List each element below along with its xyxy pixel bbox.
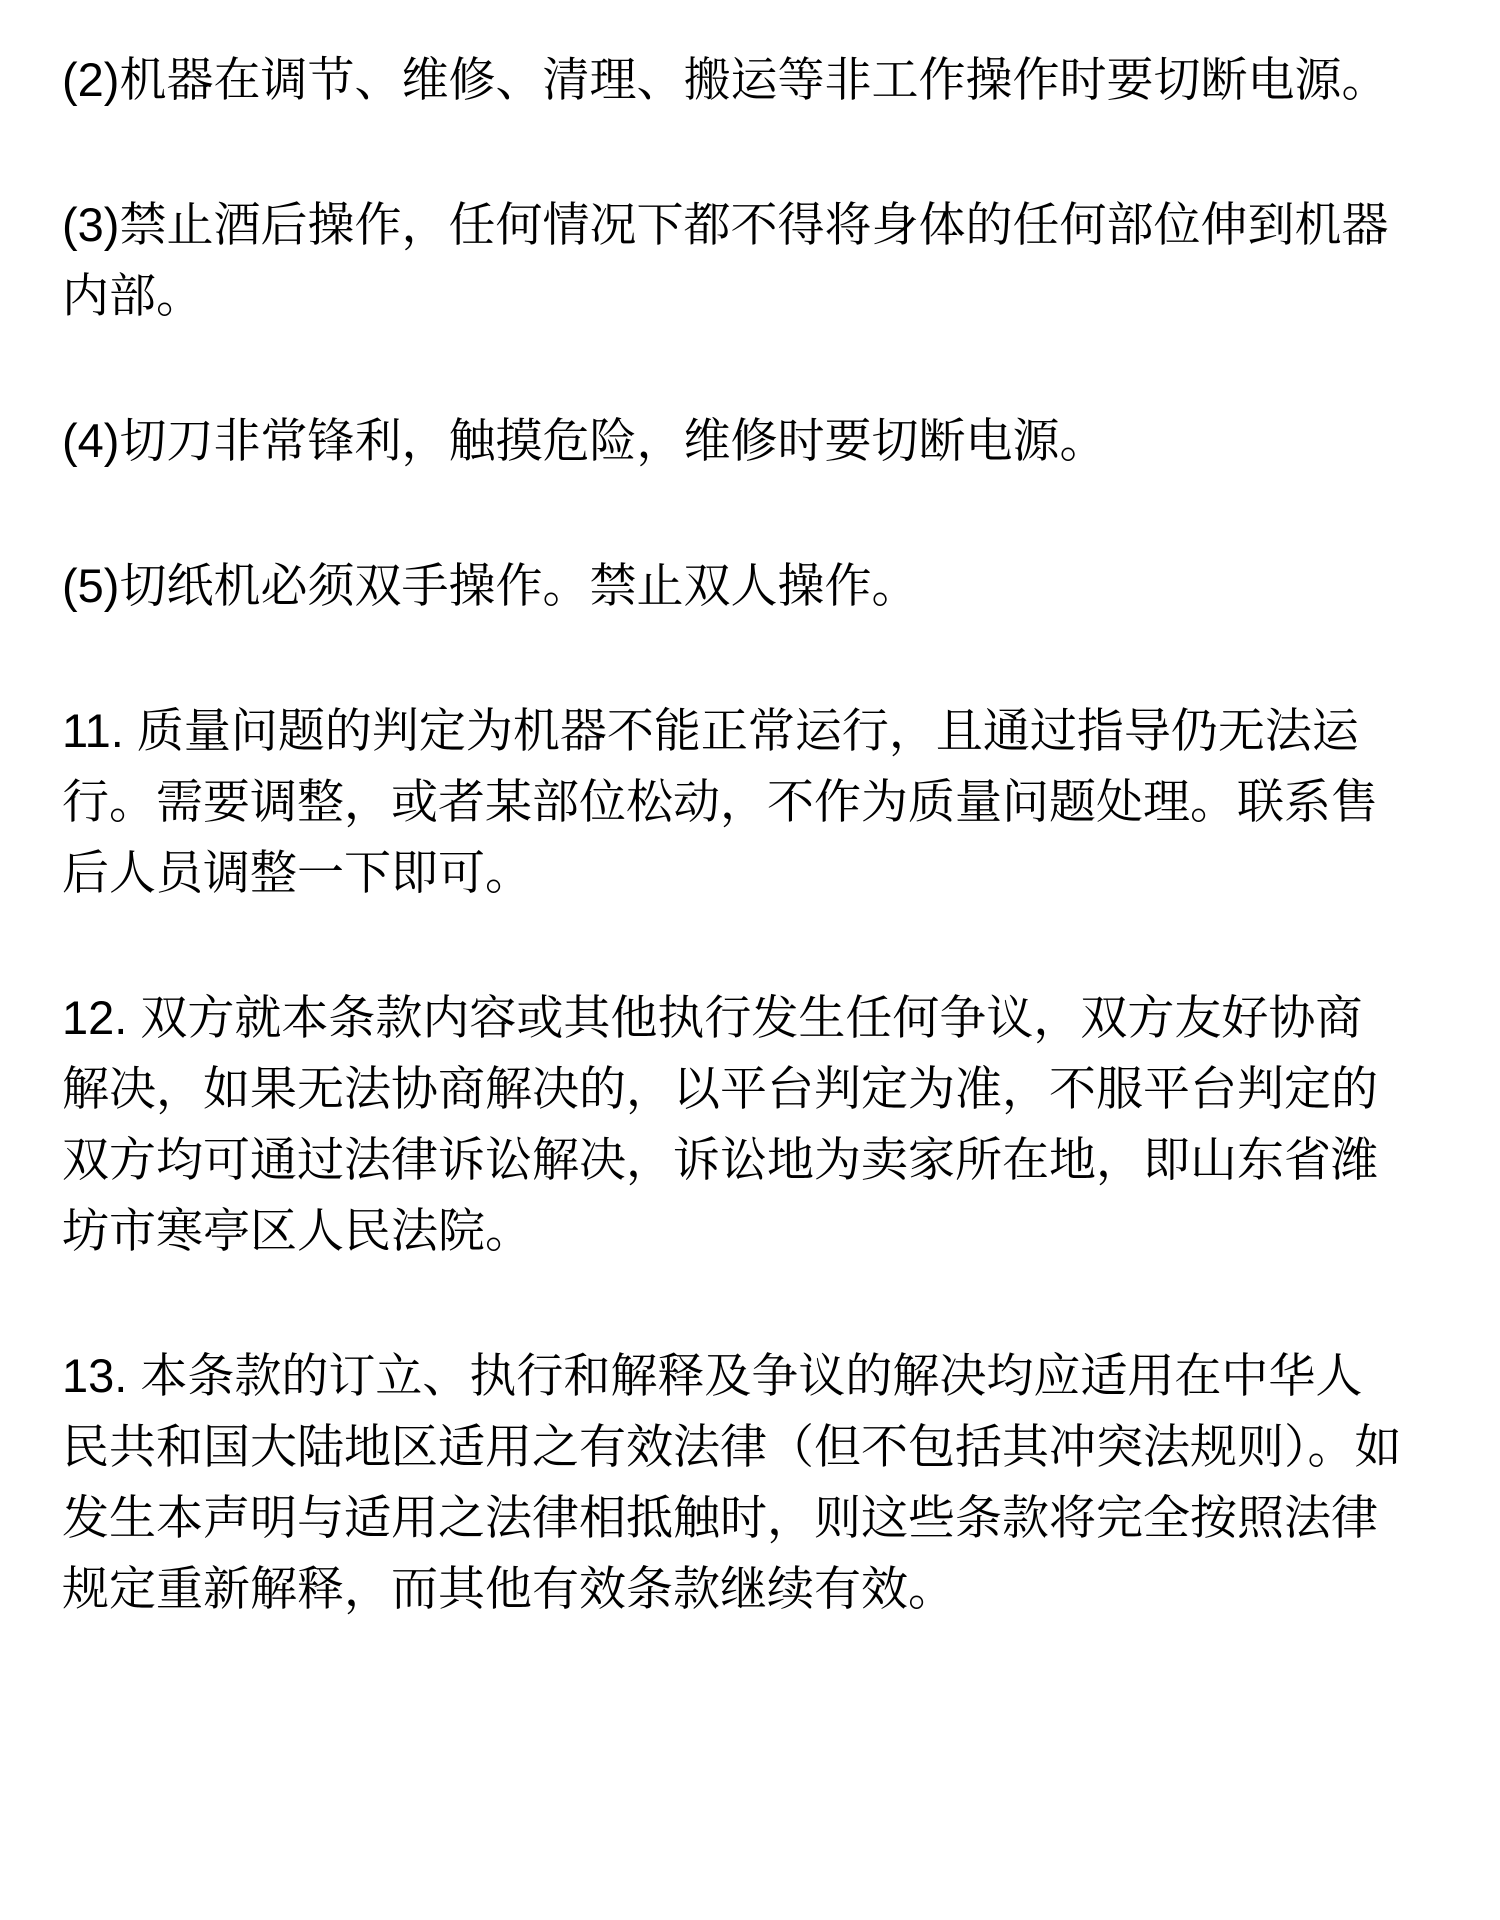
paragraph-item-5: (5)切纸机必须双手操作。禁止双人操作。 — [62, 550, 1402, 621]
paragraph-item-4: (4)切刀非常锋利，触摸危险，维修时要切断电源。 — [62, 405, 1402, 476]
paragraph-item-2: (2)机器在调节、维修、清理、搬运等非工作操作时要切断电源。 — [62, 44, 1402, 115]
paragraph-item-3: (3)禁止酒后操作，任何情况下都不得将身体的任何部位伸到机器内部。 — [62, 189, 1402, 331]
paragraph-item-12: 12. 双方就本条款内容或其他执行发生任何争议，双方友好协商解决，如果无法协商解… — [62, 982, 1402, 1266]
document-body: (2)机器在调节、维修、清理、搬运等非工作操作时要切断电源。(3)禁止酒后操作，… — [62, 44, 1402, 1624]
paragraph-item-13: 13. 本条款的订立、执行和解释及争议的解决均应适用在中华人民共和国大陆地区适用… — [62, 1340, 1402, 1624]
paragraph-item-11: 11. 质量问题的判定为机器不能正常运行，且通过指导仍无法运行。需要调整，或者某… — [62, 695, 1402, 908]
document-page: (2)机器在调节、维修、清理、搬运等非工作操作时要切断电源。(3)禁止酒后操作，… — [0, 0, 1500, 1920]
